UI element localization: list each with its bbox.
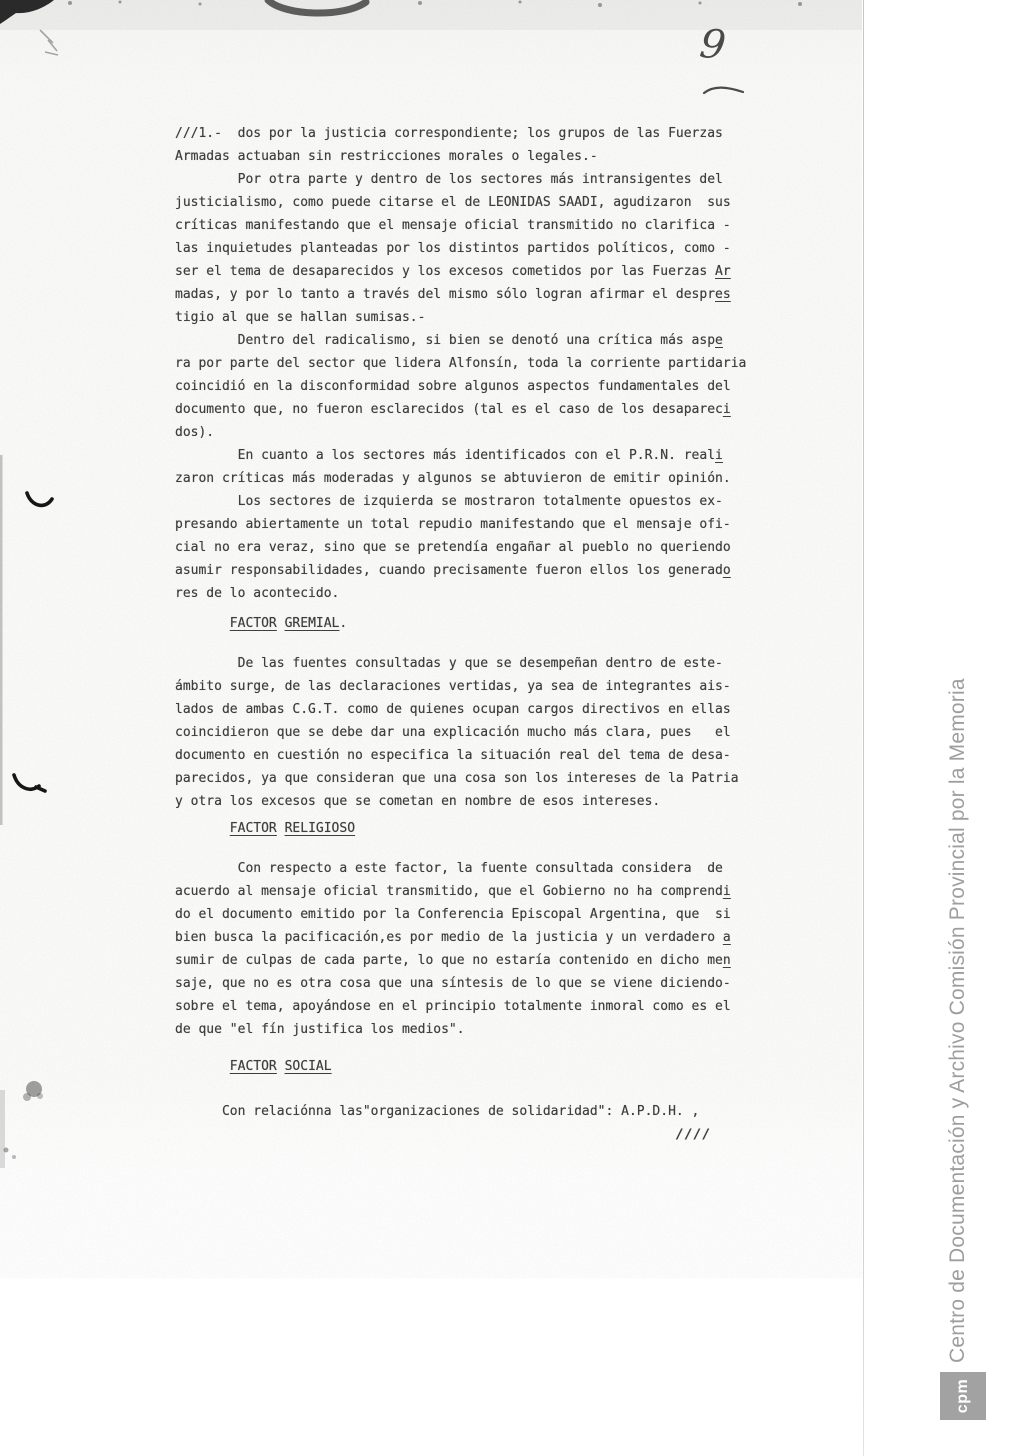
typewritten-line: presando abiertamente un total repudio m… <box>175 513 746 536</box>
section-heading: FACTOR RELIGIOSO <box>175 817 746 840</box>
text-block: Con relaciónna las"organizaciones de sol… <box>175 1100 746 1146</box>
section-heading: FACTOR GREMIAL. <box>175 612 746 635</box>
typewritten-line: do el documento emitido por la Conferenc… <box>175 903 746 926</box>
typewritten-line: asumir responsabilidades, cuando precisa… <box>175 559 746 582</box>
typewritten-line: críticas manifestando que el mensaje ofi… <box>175 214 746 237</box>
handwritten-checkmark-top <box>27 493 52 505</box>
typewritten-line: Dentro del radicalismo, si bien se denot… <box>175 329 746 352</box>
typewritten-line: En cuanto a los sectores más identificad… <box>175 444 746 467</box>
cpm-logo: cpm <box>940 1372 986 1420</box>
digitized-document-page: 9 ///1.- dos por la justicia correspondi… <box>0 0 1024 1456</box>
typewritten-line: bien busca la pacificación,es por medio … <box>175 926 746 949</box>
typewritten-line: zaron críticas más moderadas y algunos s… <box>175 467 746 490</box>
scanned-document: 9 ///1.- dos por la justicia correspondi… <box>0 0 862 1456</box>
pencil-scribble <box>40 30 58 55</box>
torn-corner-smudge <box>0 0 54 24</box>
typewritten-line: coincidió en la disconformidad sobre alg… <box>175 375 746 398</box>
text-block: Con respecto a este factor, la fuente co… <box>175 857 746 1041</box>
typewritten-line: de que "el fín justifica los medios". <box>175 1018 746 1041</box>
typewritten-line: res de lo acontecido. <box>175 582 746 605</box>
typewritten-line: las inquietudes planteadas por los disti… <box>175 237 746 260</box>
typewritten-line: Con respecto a este factor, la fuente co… <box>175 857 746 880</box>
text-block: De las fuentes consultadas y que se dese… <box>175 652 746 813</box>
typewritten-line: cial no era veraz, sino que se pretendía… <box>175 536 746 559</box>
text-block: ///1.- dos por la justicia correspondien… <box>175 122 746 605</box>
typewritten-line: documento que, no fueron esclarecidos (t… <box>175 398 746 421</box>
typewritten-line: sobre el tema, apoyándose en el principi… <box>175 995 746 1018</box>
typewritten-line: coincidieron que se debe dar una explica… <box>175 721 746 744</box>
sidebar-divider <box>863 0 864 1456</box>
section-heading: FACTOR SOCIAL <box>175 1055 746 1078</box>
document-text: ///1.- dos por la justicia correspondien… <box>175 0 746 1146</box>
typewritten-line: y otra los excesos que se cometan en nom… <box>175 790 746 813</box>
typewritten-line: Armadas actuaban sin restricciones moral… <box>175 145 746 168</box>
typewritten-line: dos). <box>175 421 746 444</box>
typewritten-line: lados de ambas C.G.T. como de quienes oc… <box>175 698 746 721</box>
text-block: FACTOR SOCIAL <box>175 1055 746 1078</box>
typewritten-line: tigio al que se hallan sumisas.- <box>175 306 746 329</box>
typewritten-line: ser el tema de desaparecidos y los exces… <box>175 260 746 283</box>
edge-speck <box>12 1155 16 1159</box>
typewritten-line: justicialismo, como puede citarse el de … <box>175 191 746 214</box>
typewritten-line: ///1.- dos por la justicia correspondien… <box>175 122 746 145</box>
typewritten-line: saje, que no es otra cosa que una síntes… <box>175 972 746 995</box>
typewritten-line: ra por parte del sector que lidera Alfon… <box>175 352 746 375</box>
archive-name-label: Centro de Documentación y Archivo Comisi… <box>946 678 970 1363</box>
typewritten-line: ámbito surge, de las declaraciones verti… <box>175 675 746 698</box>
left-edge-smudge-strip <box>0 1090 5 1168</box>
typewritten-line: documento en cuestión no especifica la s… <box>175 744 746 767</box>
typewritten-line: //// <box>175 1123 746 1146</box>
typewritten-line: De las fuentes consultadas y que se dese… <box>175 652 746 675</box>
typewritten-line: madas, y por lo tanto a través del mismo… <box>175 283 746 306</box>
handwritten-checkmark-bottom <box>14 775 45 791</box>
typewritten-line: parecidos, ya que consideran que una cos… <box>175 767 746 790</box>
left-edge-shadow <box>0 455 3 825</box>
text-block: FACTOR GREMIAL. <box>175 612 746 635</box>
cpm-logo-text: cpm <box>954 1379 972 1413</box>
typewritten-line: sumir de culpas de cada parte, lo que no… <box>175 949 746 972</box>
typewritten-line: Los sectores de izquierda se mostraron t… <box>175 490 746 513</box>
ink-smudge <box>23 1081 43 1101</box>
edge-speck <box>4 1148 9 1153</box>
typewritten-line: Por otra parte y dentro de los sectores … <box>175 168 746 191</box>
text-block: FACTOR RELIGIOSO <box>175 817 746 840</box>
typewritten-line: acuerdo al mensaje oficial transmitido, … <box>175 880 746 903</box>
typewritten-line: Con relaciónna las"organizaciones de sol… <box>175 1100 746 1123</box>
